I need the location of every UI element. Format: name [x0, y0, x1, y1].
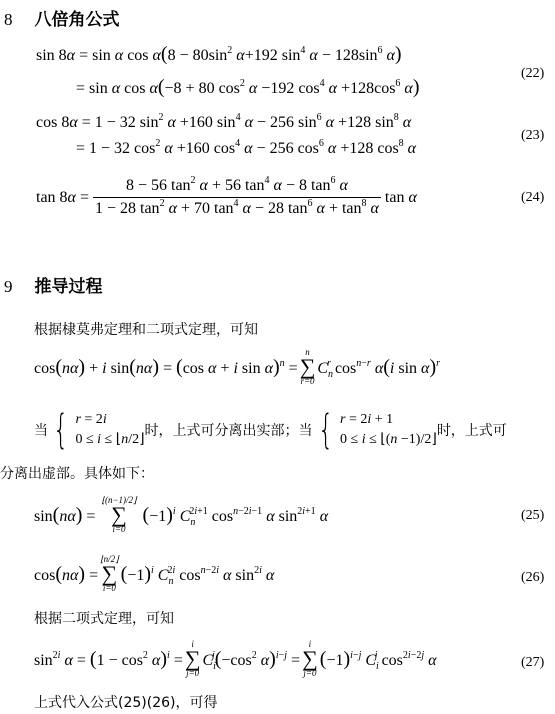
equation-25: sin(nα) = ⌊(n−1)/2⌋∑i=0 (−1)i Cn2i+1 cos…: [34, 496, 328, 534]
equation-tag-22: (22): [521, 66, 544, 82]
equation-tag-24: (24): [521, 190, 544, 206]
equation-tag-26: (26): [521, 570, 544, 586]
equation-26: cos(nα) = ⌊n/2⌋∑i=0 (−1)i Cn2i cosn−2i α…: [34, 555, 274, 593]
text-then: 时，上式可: [437, 420, 507, 440]
section-title: 八倍角公式: [35, 10, 120, 30]
equation-23-line-2: = 1 − 32 cos2 α +160 cos4 α − 256 cos6 α…: [76, 140, 416, 158]
equation-demoivre: cos(nα) + i sin(nα) = (cos α + i sin α)n…: [34, 348, 440, 386]
fraction: 8 − 56 tan2 α + 56 tan4 α − 8 tan6 α 1 −…: [93, 177, 381, 218]
equation-22-line-2: = sin α cos α(−8 + 80 cos2 α −192 cos4 α…: [76, 76, 420, 99]
section-number: 8: [4, 10, 13, 29]
paragraph-cases: 当 { r = 2i0 ≤ i ≤ ⌊n/2⌋ 时，上式可分离出实部；当 { r…: [34, 410, 507, 450]
paragraph-substitute: 上式代入公式(25)(26)，可得: [34, 692, 217, 712]
equation-tag-25: (25): [521, 508, 544, 524]
section-title: 推导过程: [35, 277, 103, 297]
paragraph-demoivre-intro: 根据棣莫弗定理和二项式定理，可知: [34, 319, 258, 339]
section-9-heading: 9 推导过程: [4, 272, 103, 297]
section-number: 9: [4, 277, 13, 296]
equation-22-line-1: sin 8α = sin α cos α(8 − 80sin2 α+192 si…: [36, 43, 402, 66]
equation-tag-27: (27): [521, 655, 544, 671]
equation-tag-23: (23): [521, 128, 544, 144]
text-real-part: 时，上式可分离出实部；当: [145, 420, 313, 440]
equation-23-line-1: cos 8α = 1 − 32 sin2 α +160 sin4 α − 256…: [36, 114, 411, 132]
paragraph-imag-part: 分离出虚部。具体如下：: [0, 463, 154, 483]
text-when: 当: [34, 420, 48, 440]
section-8-heading: 8 八倍角公式: [4, 5, 120, 30]
equation-24: tan 8α = 8 − 56 tan2 α + 56 tan4 α − 8 t…: [36, 177, 417, 218]
paragraph-binomial-intro: 根据二项式定理，可知: [34, 608, 174, 628]
equation-27: sin2i α = (1 − cos2 α)i = i∑j=0 Cij(−cos…: [34, 640, 437, 678]
